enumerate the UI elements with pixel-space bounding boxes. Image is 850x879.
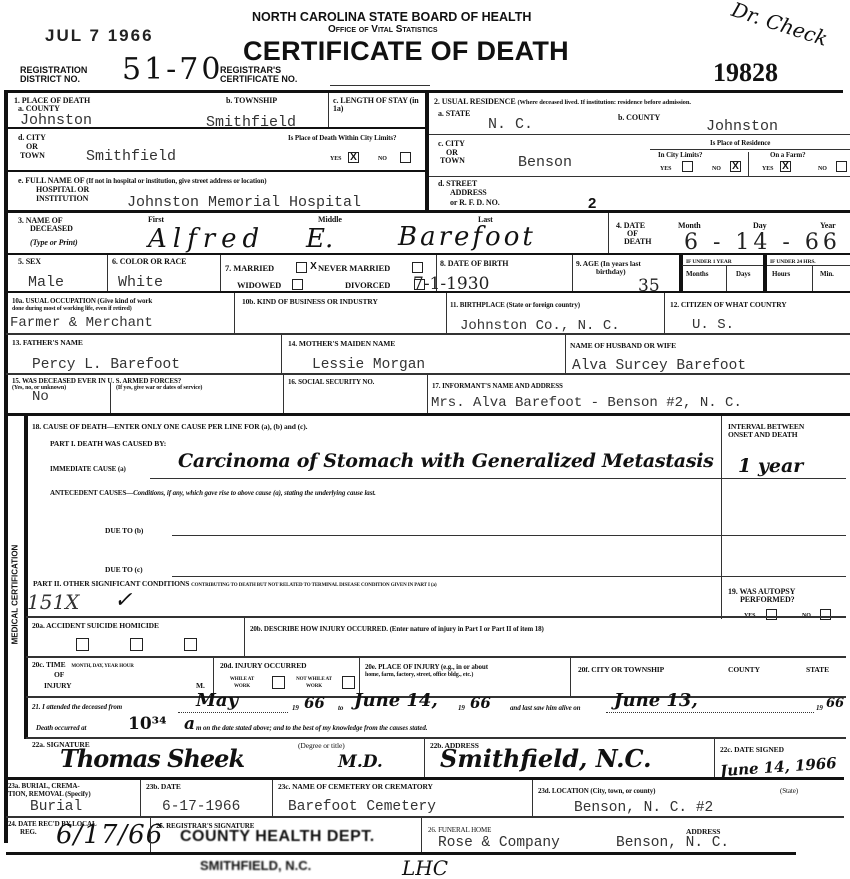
business-label: 10b. KIND OF BUSINESS OR INDUSTRY: [242, 298, 378, 306]
within-city-limits-text: Is Place of Death Within City Limits?: [288, 134, 396, 142]
armed-forces-value: No: [32, 389, 49, 405]
res-city-town-label: TOWN: [440, 157, 465, 165]
date-signed-label: 22c. DATE SIGNED: [720, 746, 784, 754]
within-limits-no-label: NO: [378, 156, 387, 163]
describe-injury-label: 20b. DESCRIBE HOW INJURY OCCURRED. (Ente…: [250, 625, 544, 633]
date-received-label-2: REG.: [20, 828, 37, 836]
mother-label: 14. MOTHER'S MAIDEN NAME: [288, 340, 395, 348]
time-of-injury-text: 20c. TIME: [32, 660, 66, 669]
attended-label: 21. I attended the deceased from: [32, 703, 122, 711]
within-city-limits-label: Is Place of Death Within City Limits?: [288, 134, 423, 142]
not-while-at-work-checkbox[interactable]: [342, 676, 355, 689]
sex-label: 5. SEX: [18, 258, 41, 266]
burial-value: Burial: [30, 799, 82, 815]
race-label: 6. COLOR OR RACE: [112, 258, 186, 266]
race-value: White: [118, 274, 163, 291]
informant-value: Mrs. Alva Barefoot - Benson #2, N. C.: [431, 395, 742, 411]
funeral-home-value: Rose & Company: [438, 835, 560, 851]
injury-county-label: COUNTY: [728, 666, 760, 674]
spouse-name: Alva Surcey Barefoot: [572, 358, 746, 374]
residence-label-text: 2. USUAL RESIDENCE: [434, 97, 516, 106]
registrar-signature-stamp: COUNTY HEALTH DEPT.: [180, 828, 375, 846]
months-label: Months: [686, 270, 708, 278]
street-label-2: ADDRESS: [450, 189, 487, 197]
autopsy-yes-checkbox[interactable]: [766, 609, 777, 620]
in-city-yes-label: YES: [660, 166, 671, 173]
death-time: 10³⁴: [128, 714, 167, 734]
injury-city-label: 20f. CITY OR TOWNSHIP: [578, 666, 664, 674]
ssn-label: 16. SOCIAL SECURITY NO.: [288, 378, 374, 386]
middle-name-label: Middle: [318, 216, 342, 224]
part1-label: PART I. DEATH WAS CAUSED BY:: [50, 440, 166, 448]
day-label: Day: [753, 222, 766, 230]
hospital-label: e. FULL NAME OF (If not in hospital or i…: [18, 177, 266, 185]
deceased-middle-name: E.: [306, 224, 333, 254]
birthplace-label: 11. BIRTHPLACE (State or foreign country…: [450, 301, 580, 309]
married-checkbox[interactable]: [296, 262, 307, 273]
place-of-injury-hint: home, farm, factory, street, office bldg…: [365, 672, 473, 679]
time-of-injury-of: OF: [54, 671, 64, 679]
on-farm-no-label: NO: [818, 166, 827, 173]
part2-label: PART II. OTHER SIGNIFICANT CONDITIONS CO…: [33, 580, 437, 590]
while-at-work-label: WHILE AT WORK: [222, 676, 262, 690]
city-label: d. CITY: [18, 134, 46, 142]
mother-name: Lessie Morgan: [312, 357, 425, 373]
never-married-checkbox[interactable]: [412, 262, 423, 273]
in-city-yes-checkbox[interactable]: [682, 161, 693, 172]
on-farm-no-checkbox[interactable]: [836, 161, 847, 172]
received-stamp: JUL 7 1966: [45, 26, 154, 46]
attended-from: May: [196, 690, 238, 711]
days-label: Days: [736, 270, 750, 278]
medical-certification-label: MEDICAL CERTIFICATION: [11, 530, 20, 660]
burial-label-2: TION, REMOVAL (Specify): [8, 790, 91, 798]
attended-to-label: to: [338, 704, 343, 712]
last-saw-value: June 13,: [614, 690, 698, 711]
autopsy-no-checkbox[interactable]: [820, 609, 831, 620]
annotation-dr-check: Dr. Check: [729, 0, 831, 51]
immediate-cause-label: IMMEDIATE CAUSE (a): [50, 465, 126, 473]
antecedent-label-text: ANTECEDENT CAUSES: [50, 489, 126, 497]
accident-checkbox[interactable]: [76, 638, 89, 651]
interval-label-2: ONSET AND DEATH: [728, 431, 798, 439]
city-or-label: OR: [26, 143, 38, 151]
not-while-at-work-label: NOT WHILE AT WORK: [290, 676, 338, 690]
physician-signature: Thomas Sheek: [60, 744, 244, 773]
in-city-no-label: NO: [712, 166, 721, 173]
residence-hint: (Where deceased lived. If institution: r…: [517, 99, 690, 106]
burial-label: 23a. BURIAL, CREMA-: [8, 782, 80, 790]
township-label: b. TOWNSHIP: [226, 97, 277, 105]
burial-date: 6-17-1966: [162, 799, 240, 815]
married-label: 7. MARRIED: [225, 264, 274, 272]
residence-label: 2. USUAL RESIDENCE (Where deceased lived…: [434, 98, 691, 106]
autopsy-label-2: PERFORMED?: [740, 596, 795, 604]
attended-to: June 14,: [354, 690, 438, 711]
within-limits-yes-label: YES: [330, 156, 341, 163]
funeral-address-value: Benson, N. C.: [616, 835, 729, 851]
date-of-death: 6 - 14 - 66: [684, 230, 841, 255]
attended-to-year: 66: [470, 694, 491, 712]
deceased-first-name: Alfred: [148, 224, 265, 254]
attended-from-year: 66: [304, 694, 325, 712]
page-title: CERTIFICATE OF DEATH: [243, 36, 569, 67]
due-to-c-label: DUE TO (c): [105, 566, 142, 574]
res-county-label: b. COUNTY: [618, 114, 660, 122]
informant-label: 17. INFORMANT'S NAME AND ADDRESS: [432, 382, 563, 390]
year-label: Year: [820, 222, 836, 230]
registration-district-label: REGISTRATION DISTRICT NO.: [20, 66, 125, 84]
while-at-work-checkbox[interactable]: [272, 676, 285, 689]
occupation-value: Farmer & Merchant: [10, 315, 153, 331]
registrar-cert-text: REGISTRAR'S CERTIFICATE NO.: [220, 65, 297, 84]
death-ampm: a: [184, 714, 195, 734]
age-value: 35: [638, 276, 660, 296]
within-limits-yes-checkbox[interactable]: X: [348, 152, 359, 163]
registrar-signature-stamp-2: SMITHFIELD, N.C.: [200, 858, 311, 873]
antecedent-hint: —Conditions, if any, which gave rise to …: [126, 489, 376, 497]
not-while-at-work-text: NOT WHILE AT WORK: [296, 677, 332, 689]
min-label: Min.: [820, 270, 834, 278]
registration-district-text: REGISTRATION DISTRICT NO.: [20, 65, 87, 84]
dob-label: 8. DATE OF BIRTH: [440, 260, 508, 268]
spouse-label: NAME OF HUSBAND OR WIFE: [570, 342, 676, 350]
hospital-label-2: HOSPITAL OR: [36, 186, 89, 194]
hospital-name: Johnston Memorial Hospital: [127, 194, 361, 211]
location-state-label: (State): [780, 787, 798, 795]
while-at-work-text: WHILE AT WORK: [230, 677, 254, 689]
name-label-2: DECEASED: [30, 225, 73, 233]
interval-a-value: 1 year: [738, 455, 803, 477]
time-of-injury-injury: INJURY: [44, 682, 71, 690]
certificate-number: 19828: [713, 58, 778, 88]
city-town-label: TOWN: [20, 152, 45, 160]
injury-state-label: STATE: [806, 666, 829, 674]
armed-forces-label: 15. WAS DECEASED EVER IN U. S. ARMED FOR…: [12, 377, 181, 385]
attended-from-year-prefix: 19: [292, 704, 299, 712]
on-farm-label: On a Farm?: [770, 152, 806, 159]
hospital-label-hint: (If not in hospital or institution, give…: [86, 177, 266, 185]
street-label-3: or R. F. D. NO.: [450, 199, 500, 207]
checkmark-icon: ✓: [114, 588, 132, 613]
under-24-hrs-label: IF UNDER 24 HRS.: [770, 259, 816, 266]
last-saw-year-prefix: 19: [816, 704, 823, 712]
last-saw-year: 66: [826, 696, 844, 711]
time-of-injury-label: 20c. TIME MONTH, DAY, YEAR HOUR: [32, 661, 134, 671]
res-state: N. C.: [488, 116, 533, 133]
occupation-label: 10a. USUAL OCCUPATION (Give kind of work: [12, 297, 152, 305]
length-of-stay-label: c. LENGTH OF STAY (in 1a): [333, 97, 423, 113]
res-city: Benson: [518, 154, 572, 171]
degree-label: (Degree or title): [298, 742, 345, 750]
res-city-label: c. CITY: [438, 140, 465, 148]
month-label: Month: [678, 222, 701, 230]
death-occurred-label: Death occurred at: [36, 724, 86, 732]
death-city: Smithfield: [86, 148, 176, 165]
date-of-death-label-3: DEATH: [624, 238, 651, 246]
res-county: Johnston: [706, 118, 778, 135]
hours-label: Hours: [772, 270, 790, 278]
in-city-limits-label: In City Limits?: [658, 152, 702, 159]
res-state-label: a. STATE: [438, 110, 470, 118]
due-to-b-label: DUE TO (b): [105, 527, 143, 535]
age-label-2: birthday): [596, 268, 626, 276]
occupation-label-2: done during most of working life, even i…: [12, 305, 132, 313]
location-label: 23d. LOCATION (City, town, or county): [538, 787, 655, 795]
on-farm-yes-checkbox[interactable]: X: [780, 161, 791, 172]
agency-office: Office of Vital Statistics: [328, 24, 438, 35]
physician-address: Smithfield, N.C.: [440, 744, 652, 773]
burial-date-label: 23b. DATE: [146, 783, 181, 791]
place-of-residence-label: Is Place of Residence: [710, 140, 770, 147]
part2-code: 151X: [27, 590, 79, 614]
attended-to-year-prefix: 19: [458, 704, 465, 712]
cemetery-value: Barefoot Cemetery: [288, 799, 436, 815]
date-received: 6/17/66: [56, 820, 163, 850]
registration-district-number: 51-70: [122, 52, 223, 87]
hospital-label-text: e. FULL NAME OF: [18, 176, 84, 185]
street-label: d. STREET: [438, 180, 477, 188]
location-value: Benson, N. C. #2: [574, 800, 713, 816]
father-name: Percy L. Barefoot: [32, 357, 180, 373]
antecedent-label: ANTECEDENT CAUSES—Conditions, if any, wh…: [50, 489, 376, 497]
divorced-label: DIVORCED: [345, 281, 390, 289]
birthplace-label-text: 11. BIRTHPLACE (State or foreign country…: [450, 301, 580, 309]
name-label-3: (Type or Print): [30, 239, 78, 247]
cemetery-label: 23c. NAME OF CEMETERY OR CREMATORY: [278, 783, 433, 791]
cause-of-death-label: 18. CAUSE OF DEATH—ENTER ONLY ONE CAUSE …: [32, 423, 307, 431]
father-label: 13. FATHER'S NAME: [12, 339, 83, 347]
registrar-cert-label: REGISTRAR'S CERTIFICATE NO.: [220, 66, 340, 84]
hospital-label-3: INSTITUTION: [36, 195, 88, 203]
place-of-injury-label: 20e. PLACE OF INJURY (e.g., in or about: [365, 663, 488, 671]
agency-name: NORTH CAROLINA STATE BOARD OF HEALTH: [252, 10, 531, 24]
in-city-no-checkbox[interactable]: X: [730, 161, 741, 172]
last-saw-label: and last saw him alive on: [510, 704, 580, 712]
widowed-label: WIDOWED: [237, 281, 281, 289]
never-married-label: NEVER MARRIED: [318, 264, 390, 272]
first-name-label: First: [148, 216, 164, 224]
birthplace-value: Johnston Co., N. C.: [460, 318, 620, 334]
death-occurred-hint: m on the date stated above; and to the b…: [196, 724, 427, 732]
citizen-value: U. S.: [692, 317, 734, 333]
homicide-checkbox[interactable]: [184, 638, 197, 651]
part2-hint: CONTRIBUTING TO DEATH BUT NOT RELATED TO…: [191, 583, 436, 588]
time-of-injury-hint: MONTH, DAY, YEAR HOUR: [71, 664, 134, 669]
funeral-home-label: 26. FUNERAL HOME: [428, 826, 491, 834]
length-of-stay-text: c. LENGTH OF STAY (in 1a): [333, 96, 419, 113]
sex-value: Male: [28, 274, 64, 291]
within-limits-no-checkbox[interactable]: [400, 152, 411, 163]
citizen-label: 12. CITIZEN OF WHAT COUNTRY: [670, 301, 787, 309]
clerk-initials: LHC: [402, 856, 448, 879]
physician-degree: M.D.: [338, 752, 383, 772]
widowed-checkbox[interactable]: [292, 279, 303, 290]
deceased-last-name: Barefoot: [398, 222, 536, 252]
accident-label: 20a. ACCIDENT SUICIDE HOMICIDE: [32, 622, 159, 630]
part2-label-text: PART II. OTHER SIGNIFICANT CONDITIONS: [33, 579, 189, 588]
on-farm-yes-label: YES: [762, 166, 773, 173]
immediate-cause-value: Carcinoma of Stomach with Generalized Me…: [178, 450, 714, 472]
time-of-injury-m: M.: [196, 682, 205, 690]
suicide-checkbox[interactable]: [130, 638, 143, 651]
injury-occurred-label: 20d. INJURY OCCURRED: [220, 662, 306, 670]
armed-forces-label-3: (If yes, give war or dates of service): [116, 385, 202, 392]
